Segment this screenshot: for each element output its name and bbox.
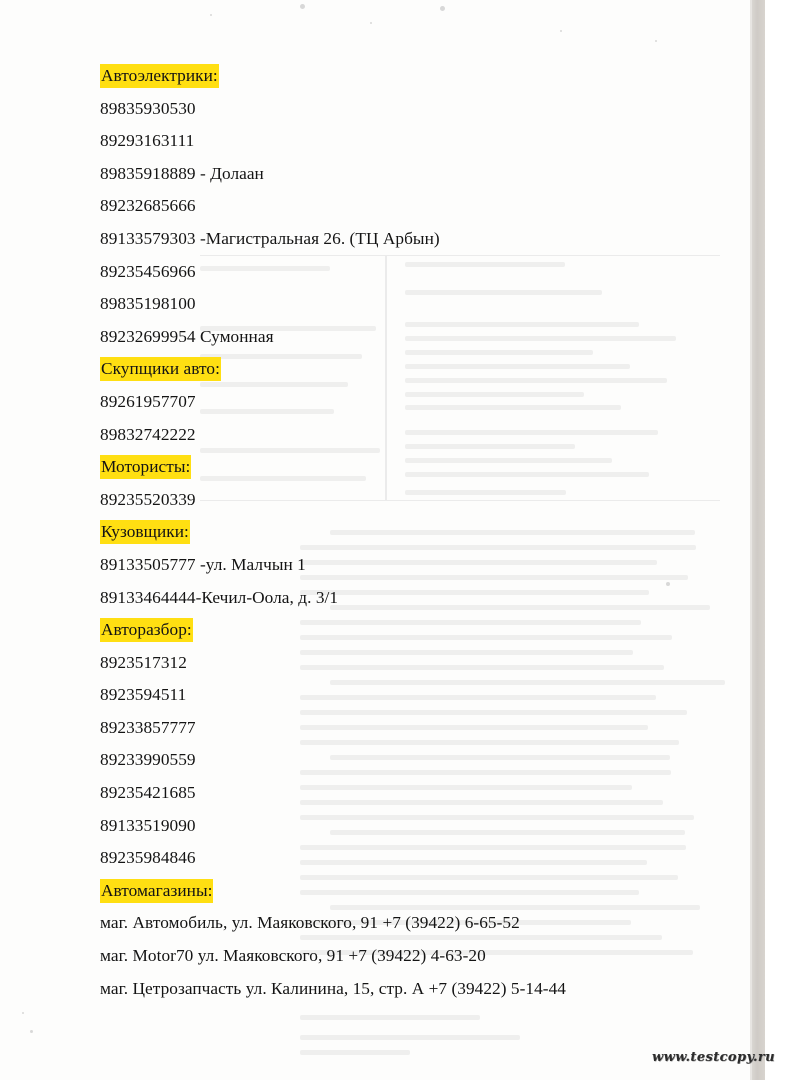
contact-section: Мотористы:89235520339 xyxy=(100,451,740,516)
contact-entry: 89233990559 xyxy=(100,744,740,777)
contact-entry: 89133579303 -Магистральная 26. (ТЦ Арбын… xyxy=(100,223,740,256)
contact-section: Автомагазины:маг. Автомобиль, ул. Маяков… xyxy=(100,875,740,1005)
contact-entry: 89835918889 - Долаан xyxy=(100,158,740,191)
contact-entry: 8923594511 xyxy=(100,679,740,712)
contact-entry: 89133519090 xyxy=(100,810,740,843)
contact-section: Кузовщики:89133505777 -ул. Малчын 189133… xyxy=(100,516,740,614)
highlighted-heading-text: Скупщики авто: xyxy=(100,357,221,381)
document-body: Автоэлектрики:89835930530892931631118983… xyxy=(100,60,740,1005)
section-heading: Авторазбор: xyxy=(100,614,740,647)
contact-entry: 89133464444-Кечил-Оола, д. 3/1 xyxy=(100,582,740,615)
contact-entry: маг. Автомобиль, ул. Маяковского, 91 +7 … xyxy=(100,907,740,940)
contact-entry: 89235984846 xyxy=(100,842,740,875)
contact-entry: 89232699954 Сумонная xyxy=(100,321,740,354)
section-heading: Кузовщики: xyxy=(100,516,740,549)
contact-entry: 89261957707 xyxy=(100,386,740,419)
contact-section: Автоэлектрики:89835930530892931631118983… xyxy=(100,60,740,353)
scanner-edge-strip xyxy=(752,0,765,1080)
contact-entry: 89235520339 xyxy=(100,484,740,517)
outer-margin xyxy=(765,0,785,1080)
contact-entry: 89233857777 xyxy=(100,712,740,745)
section-heading: Автоэлектрики: xyxy=(100,60,740,93)
contact-entry: маг. Цетрозапчасть ул. Калинина, 15, стр… xyxy=(100,973,740,1006)
contact-entry: 89835198100 xyxy=(100,288,740,321)
contact-entry: 89235456966 xyxy=(100,256,740,289)
highlighted-heading-text: Кузовщики: xyxy=(100,520,190,544)
highlighted-heading-text: Автомагазины: xyxy=(100,879,213,903)
contact-entry: 8923517312 xyxy=(100,647,740,680)
contact-section: Скупщики авто:8926195770789832742222 xyxy=(100,353,740,451)
section-heading: Скупщики авто: xyxy=(100,353,740,386)
contact-entry: 89293163111 xyxy=(100,125,740,158)
contact-entry: 89235421685 xyxy=(100,777,740,810)
watermark: www.testcopy.ru xyxy=(652,1050,775,1065)
section-heading: Автомагазины: xyxy=(100,875,740,908)
section-heading: Мотористы: xyxy=(100,451,740,484)
contact-entry: маг. Motor70 ул. Маяковского, 91 +7 (394… xyxy=(100,940,740,973)
contact-entry: 89832742222 xyxy=(100,419,740,452)
contact-entry: 89232685666 xyxy=(100,190,740,223)
highlighted-heading-text: Мотористы: xyxy=(100,455,191,479)
contact-entry: 89133505777 -ул. Малчын 1 xyxy=(100,549,740,582)
contact-entry: 89835930530 xyxy=(100,93,740,126)
highlighted-heading-text: Авторазбор: xyxy=(100,618,193,642)
highlighted-heading-text: Автоэлектрики: xyxy=(100,64,219,88)
contact-section: Авторазбор:89235173128923594511892338577… xyxy=(100,614,740,875)
